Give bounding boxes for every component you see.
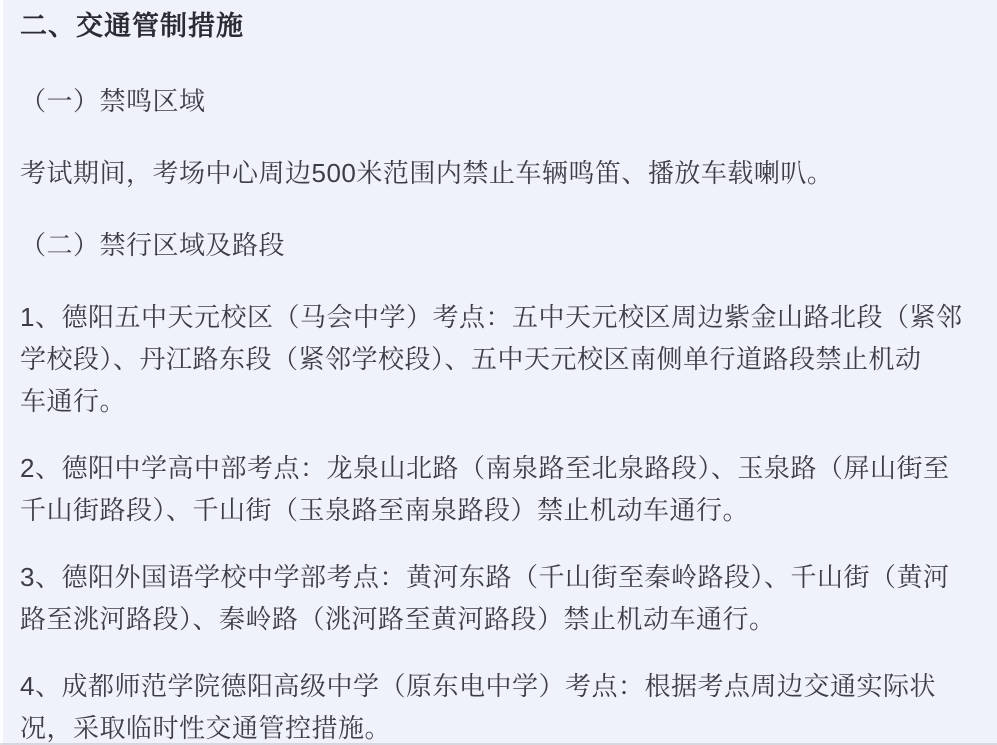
restricted-item-1: 1、德阳五中天元校区（马会中学）考点：五中天元校区周边紫金山路北段（紧邻 学校段… (20, 296, 977, 422)
subsection-heading-restricted-roads: （二）禁行区域及路段 (20, 224, 977, 266)
restricted-item-3: 3、德阳外国语学校中学部考点：黄河东路（千山街至秦岭路段）、千山街（黄河 路至洮… (20, 556, 977, 640)
article-title: 二、交通管制措施 (20, 5, 977, 47)
no-horn-zone-description: 考试期间，考场中心周边500米范围内禁止车辆鸣笛、播放车载喇叭。 (20, 152, 977, 194)
restricted-item-4: 4、成都师范学院德阳高级中学（原东电中学）考点：根据考点周边交通实际状 况，采取… (20, 665, 977, 745)
article: 二、交通管制措施 （一）禁鸣区域 考试期间，考场中心周边500米范围内禁止车辆鸣… (0, 0, 997, 745)
subsection-heading-no-horn-zone: （一）禁鸣区域 (20, 80, 977, 122)
restricted-item-2: 2、德阳中学高中部考点：龙泉山北路（南泉路至北泉路段）、玉泉路（屏山街至 千山街… (20, 447, 977, 531)
